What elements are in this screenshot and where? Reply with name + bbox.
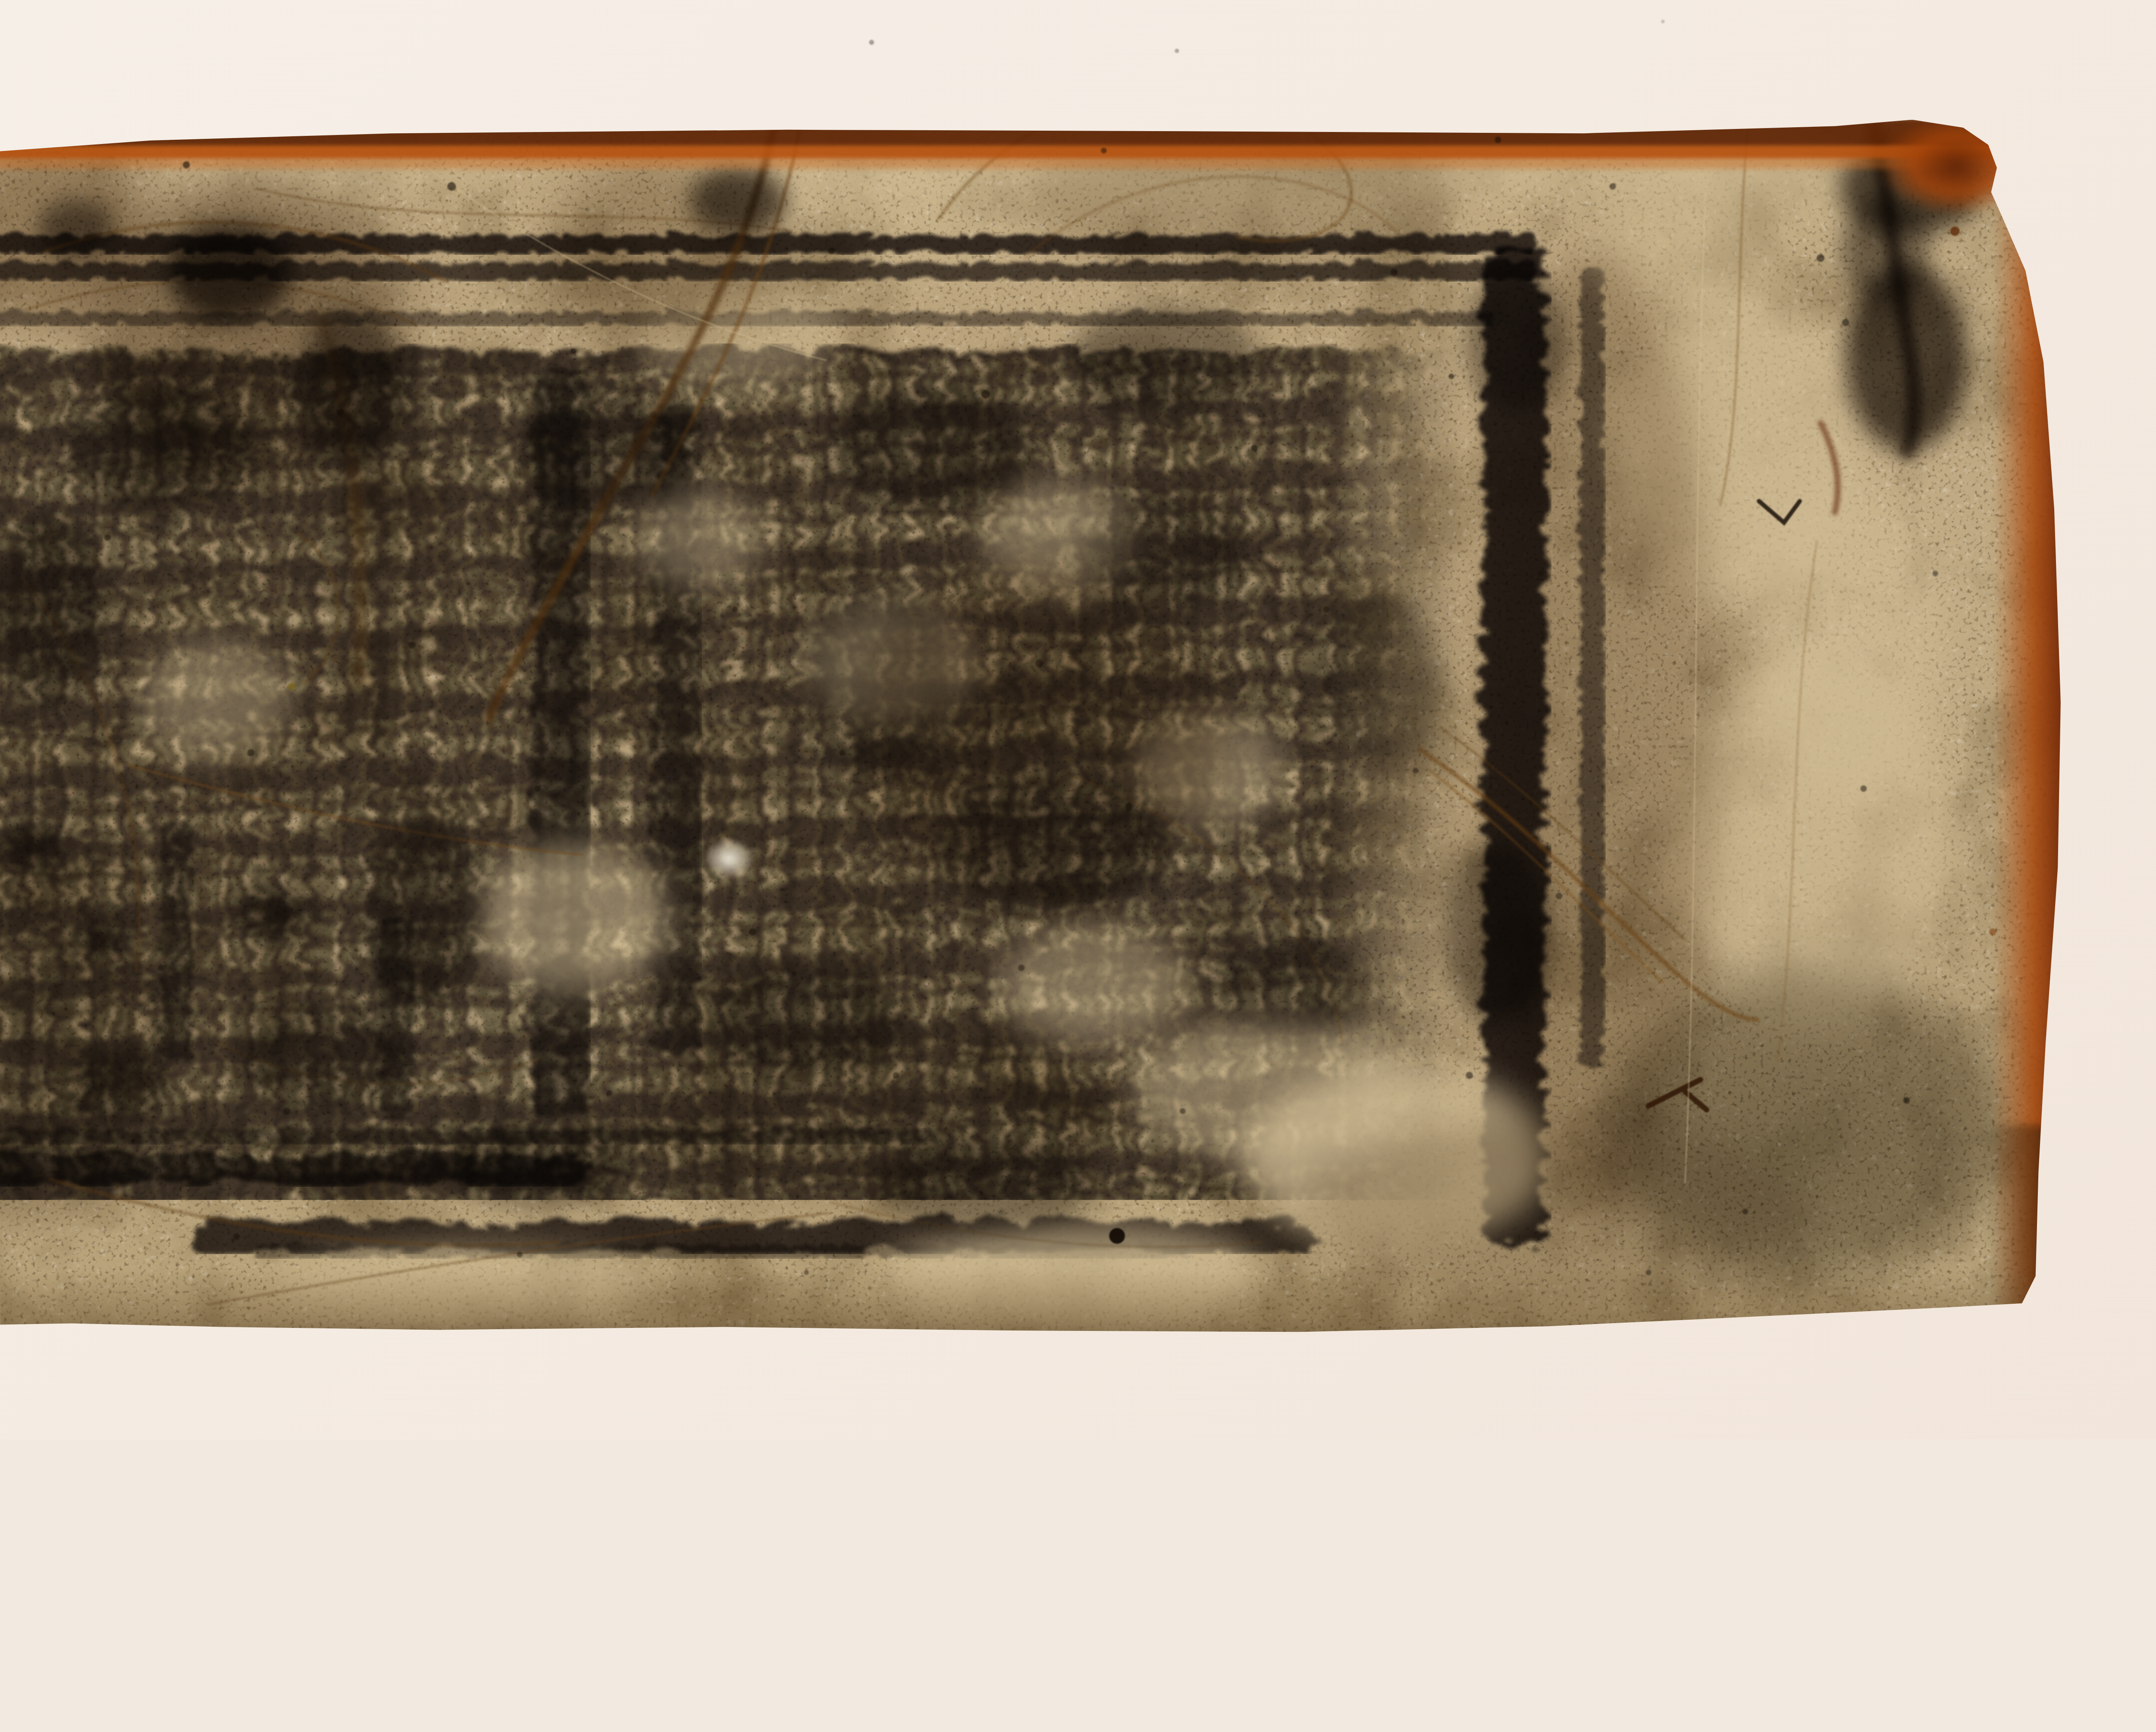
photo-canvas	[0, 0, 2156, 1732]
dust-speck	[869, 40, 874, 45]
dust-speck	[1175, 49, 1179, 53]
dust-speck	[1661, 20, 1664, 23]
lightbox-scene	[0, 0, 2156, 1440]
background-dust-layer	[0, 0, 2156, 1440]
